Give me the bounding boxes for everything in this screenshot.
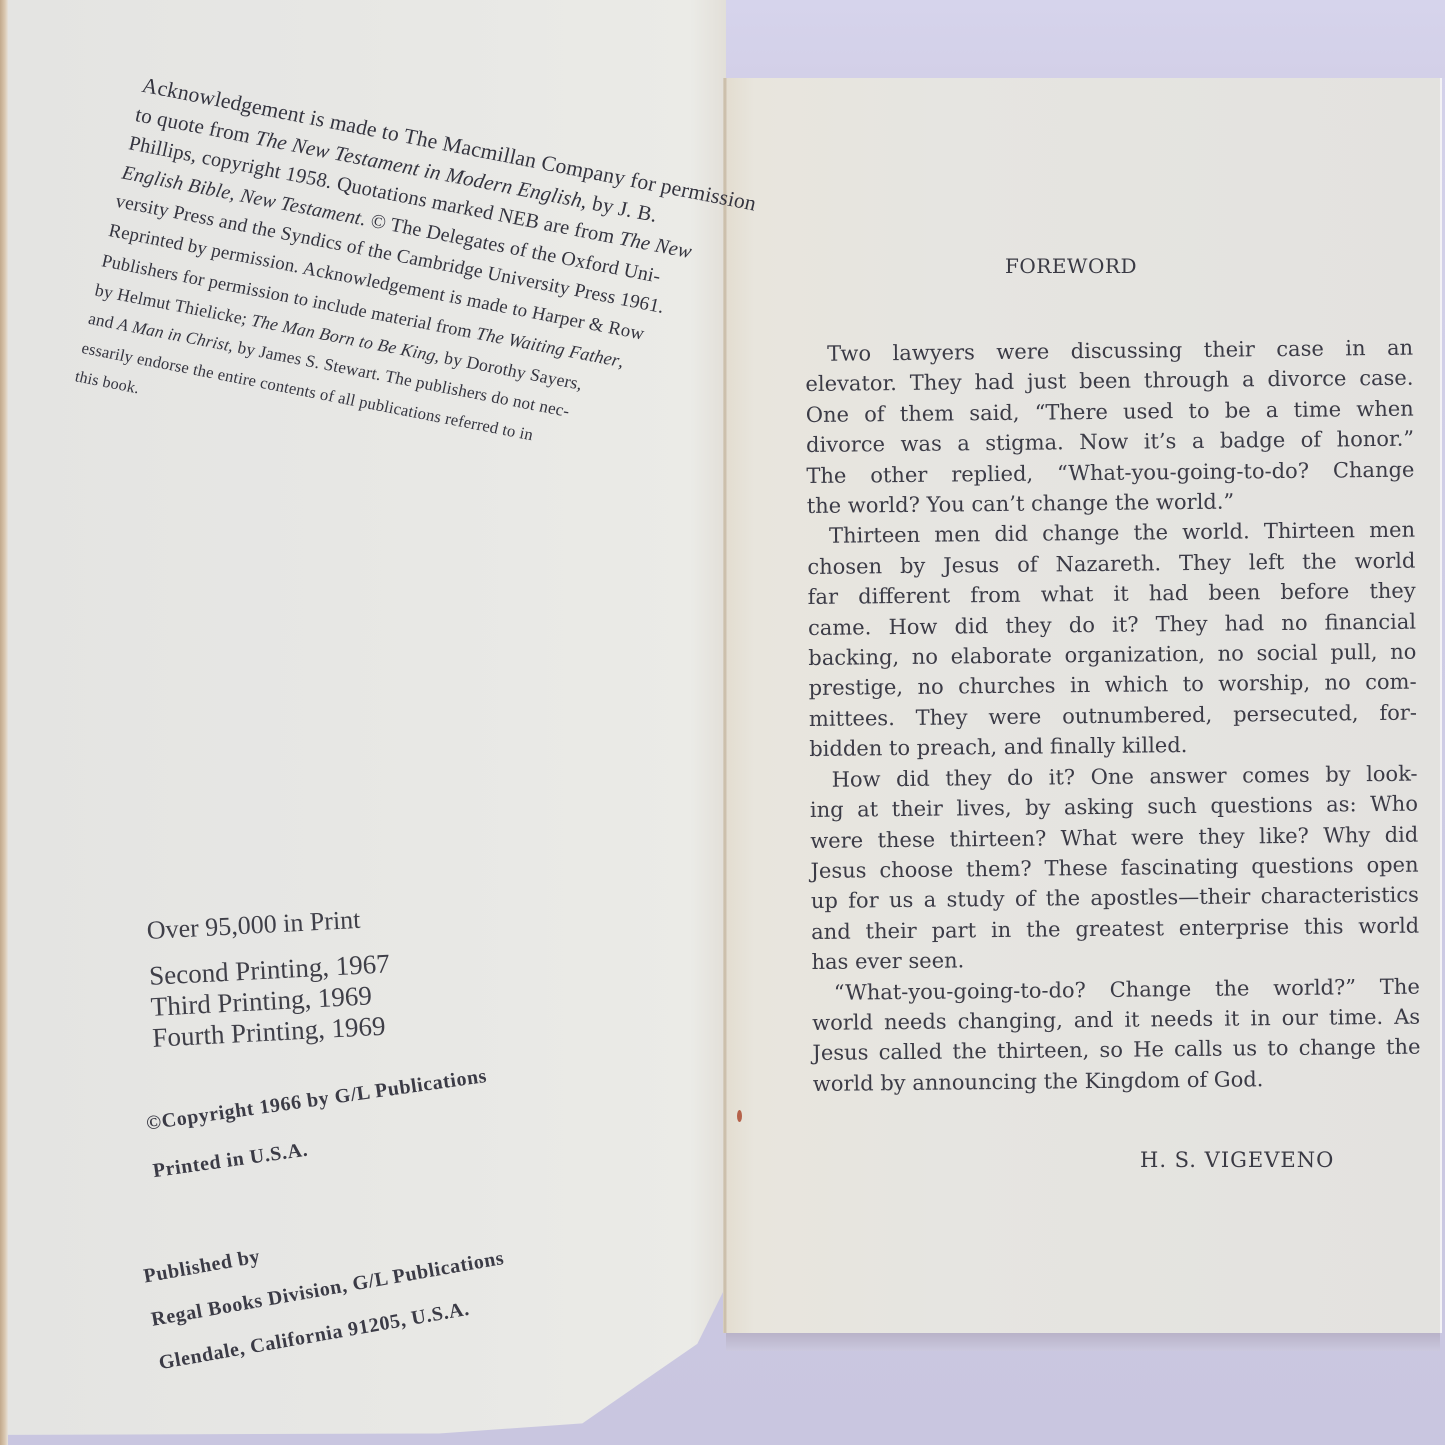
paragraph-line: and their part in the greatest enterpris… <box>811 910 1419 947</box>
background-surface <box>726 0 1445 78</box>
author-signature: H. S. VIGEVENO <box>1140 1148 1334 1172</box>
paragraph-line: Jesus called the thirteen, so He calls u… <box>812 1032 1420 1069</box>
paragraph-line: The other replied, “What-you-going-to-do… <box>806 454 1414 491</box>
binding-mark <box>737 1110 742 1122</box>
page-title: FOREWORD <box>1005 254 1137 278</box>
book-cover-edge <box>0 0 8 1445</box>
printing-history: Over 95,000 in Print Second Printing, 19… <box>146 902 394 1053</box>
paragraph-line: world by announcing the Kingdom of God. <box>813 1062 1421 1099</box>
page-shadow <box>726 1333 1440 1351</box>
book-gutter <box>723 78 727 1333</box>
foreword-text: Two lawyers were discussing their case i… <box>805 333 1421 1099</box>
